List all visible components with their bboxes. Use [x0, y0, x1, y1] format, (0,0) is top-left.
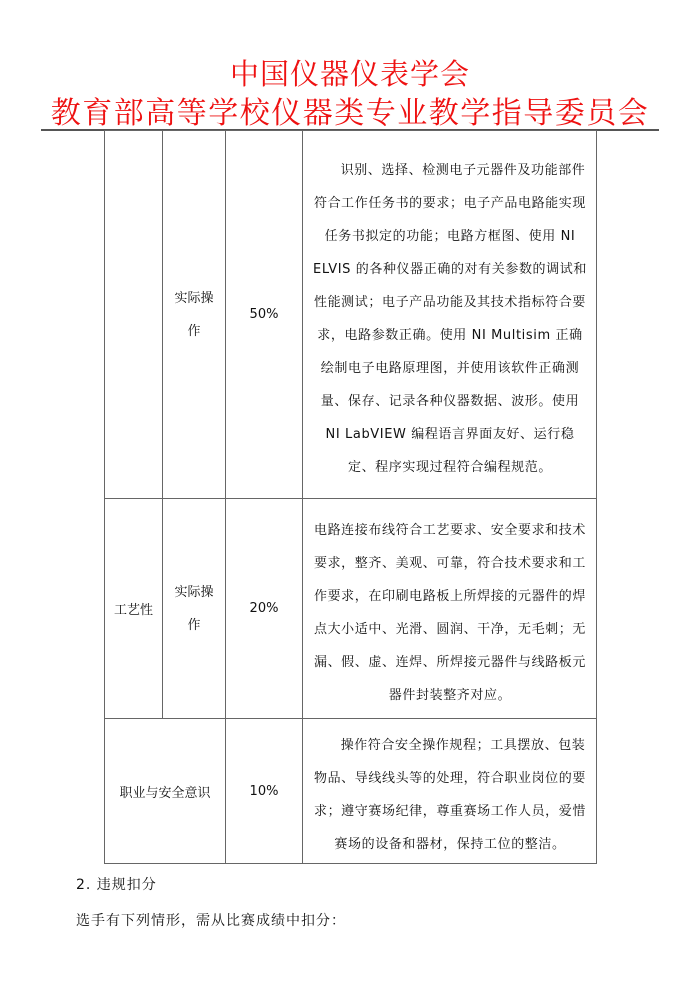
weight-cell: 20%: [226, 499, 303, 719]
method-text-line1: 实际操: [163, 282, 225, 315]
method-text-line1: 实际操: [163, 576, 225, 609]
category-cell: [105, 131, 163, 499]
description-cell: 电路连接布线符合工艺要求、安全要求和技术要求，整齐、美观、可靠，符合技术要求和工…: [303, 499, 597, 719]
table-row: 职业与安全意识 10% 操作符合安全操作规程；工具摆放、包装物品、导线线头等的处…: [105, 719, 597, 864]
org-title-line2: 教育部高等学校仪器类专业教学指导委员会: [0, 88, 700, 132]
grading-table: 实际操 作 50% 识别、选择、检测电子元器件及功能部件符合工作任务书的要求；电…: [104, 130, 597, 864]
section-heading: 2. 违规扣分: [76, 874, 157, 894]
description-cell: 操作符合安全操作规程；工具摆放、包装物品、导线线头等的处理，符合职业岗位的要求；…: [303, 719, 597, 864]
weight-cell: 50%: [226, 131, 303, 499]
section-paragraph: 选手有下列情形，需从比赛成绩中扣分：: [76, 910, 346, 930]
weight-cell: 10%: [226, 719, 303, 864]
org-title-line1: 中国仪器仪表学会: [0, 52, 700, 93]
method-text-line2: 作: [163, 609, 225, 642]
description-cell: 识别、选择、检测电子元器件及功能部件符合工作任务书的要求；电子产品电路能实现任务…: [303, 131, 597, 499]
category-cell: 工艺性: [105, 499, 163, 719]
method-text-line2: 作: [163, 315, 225, 348]
method-cell: 实际操 作: [163, 499, 226, 719]
method-cell: 实际操 作: [163, 131, 226, 499]
table-row: 工艺性 实际操 作 20% 电路连接布线符合工艺要求、安全要求和技术要求，整齐、…: [105, 499, 597, 719]
table-row: 实际操 作 50% 识别、选择、检测电子元器件及功能部件符合工作任务书的要求；电…: [105, 131, 597, 499]
category-cell: 职业与安全意识: [105, 719, 226, 864]
